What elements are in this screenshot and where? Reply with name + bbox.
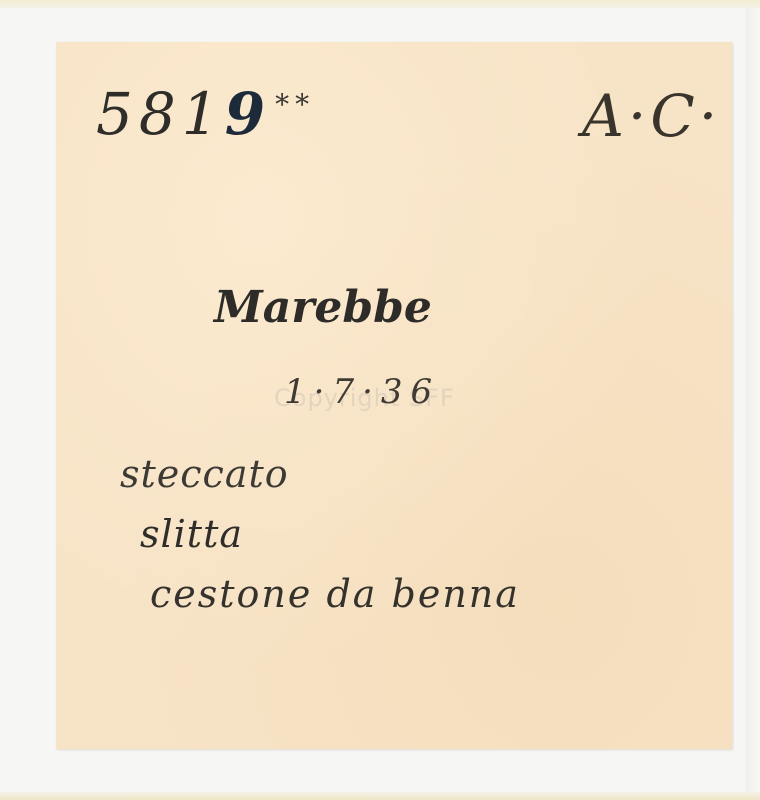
scan-border-right — [746, 8, 760, 792]
scan-border-bottom — [0, 792, 760, 800]
catalog-marks: ** — [275, 88, 315, 121]
archive-card: 5819** A·C· Marebbe Copyright SFF 1·7·36… — [56, 42, 732, 749]
catalog-number: 5819** — [96, 80, 315, 148]
item-line: steccato — [120, 452, 289, 496]
catalog-number-digits: 581 — [96, 80, 225, 148]
place-name: Marebbe — [214, 282, 432, 333]
date: 1·7·36 — [284, 372, 440, 412]
catalog-number-overwritten-digit: 9 — [225, 80, 271, 148]
item-line: cestone da benna — [150, 572, 520, 616]
initials: A·C· — [582, 82, 721, 150]
scan-border-top — [0, 0, 760, 8]
item-line: slitta — [140, 512, 243, 556]
